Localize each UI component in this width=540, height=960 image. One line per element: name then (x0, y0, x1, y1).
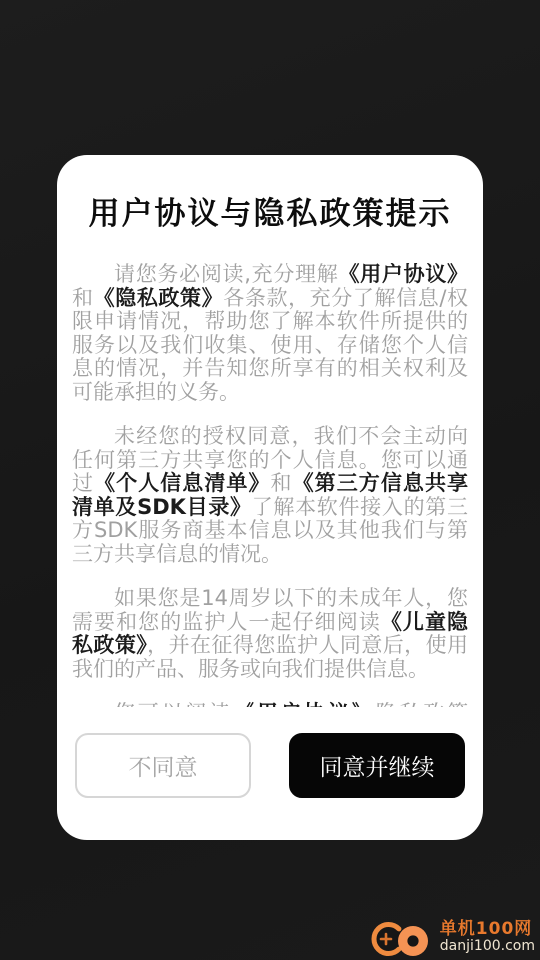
agree-continue-button[interactable]: 同意并继续 (289, 733, 465, 798)
policy-text-segment: 隐私政策 (376, 701, 468, 707)
link-user-agreement[interactable]: 《用户协议》 (338, 263, 468, 286)
dialog-button-row: 不同意 同意并继续 (75, 733, 465, 798)
watermark-site-name: 单机100网 (440, 920, 535, 939)
link-user-agreement-2[interactable]: 《用户协议》 (233, 701, 376, 707)
policy-text-segment: 和 (271, 471, 293, 495)
dialog-title: 用户协议与隐私政策提示 (57, 155, 483, 233)
policy-paragraph: 未经您的授权同意，我们不会主动向任何第三方共享您的个人信息。您可以通过《个人信息… (72, 425, 468, 566)
policy-paragraph: 请您务必阅读,充分理解《用户协议》和《隐私政策》各条款，充分了解信息/权限申请情… (72, 263, 468, 404)
policy-text-segment: 请您务必阅读,充分理解 (114, 263, 338, 286)
policy-text-scroll-area[interactable]: 请您务必阅读,充分理解《用户协议》和《隐私政策》各条款，充分了解信息/权限申请情… (72, 263, 468, 707)
policy-paragraphs: 请您务必阅读,充分理解《用户协议》和《隐私政策》各条款，充分了解信息/权限申请情… (72, 263, 468, 707)
policy-text-segment: 和 (72, 286, 94, 310)
link-privacy-policy[interactable]: 《隐私政策》 (94, 286, 224, 310)
danji100-logo-icon (371, 915, 435, 959)
policy-paragraph: 您可以阅读《用户协议》隐私政策《个人信息清单》第三方信息共享清单及SDK目录 (72, 702, 468, 707)
disagree-button[interactable]: 不同意 (75, 733, 251, 798)
policy-paragraph: 如果您是14周岁以下的未成年人，您需要和您的监护人一起仔细阅读《儿童隐私政策》，… (72, 587, 468, 681)
watermark-site-domain: danji100.com (440, 939, 535, 954)
privacy-policy-dialog: 用户协议与隐私政策提示 请您务必阅读,充分理解《用户协议》和《隐私政策》各条款，… (57, 155, 483, 840)
site-watermark: 单机100网 danji100.com (371, 914, 535, 960)
link-personal-info-list[interactable]: 《个人信息清单》 (94, 471, 270, 495)
policy-text-segment: 您可以阅读 (114, 701, 233, 707)
watermark-text: 单机100网 danji100.com (440, 920, 535, 954)
app-background: 用户协议与隐私政策提示 请您务必阅读,充分理解《用户协议》和《隐私政策》各条款，… (0, 0, 540, 960)
